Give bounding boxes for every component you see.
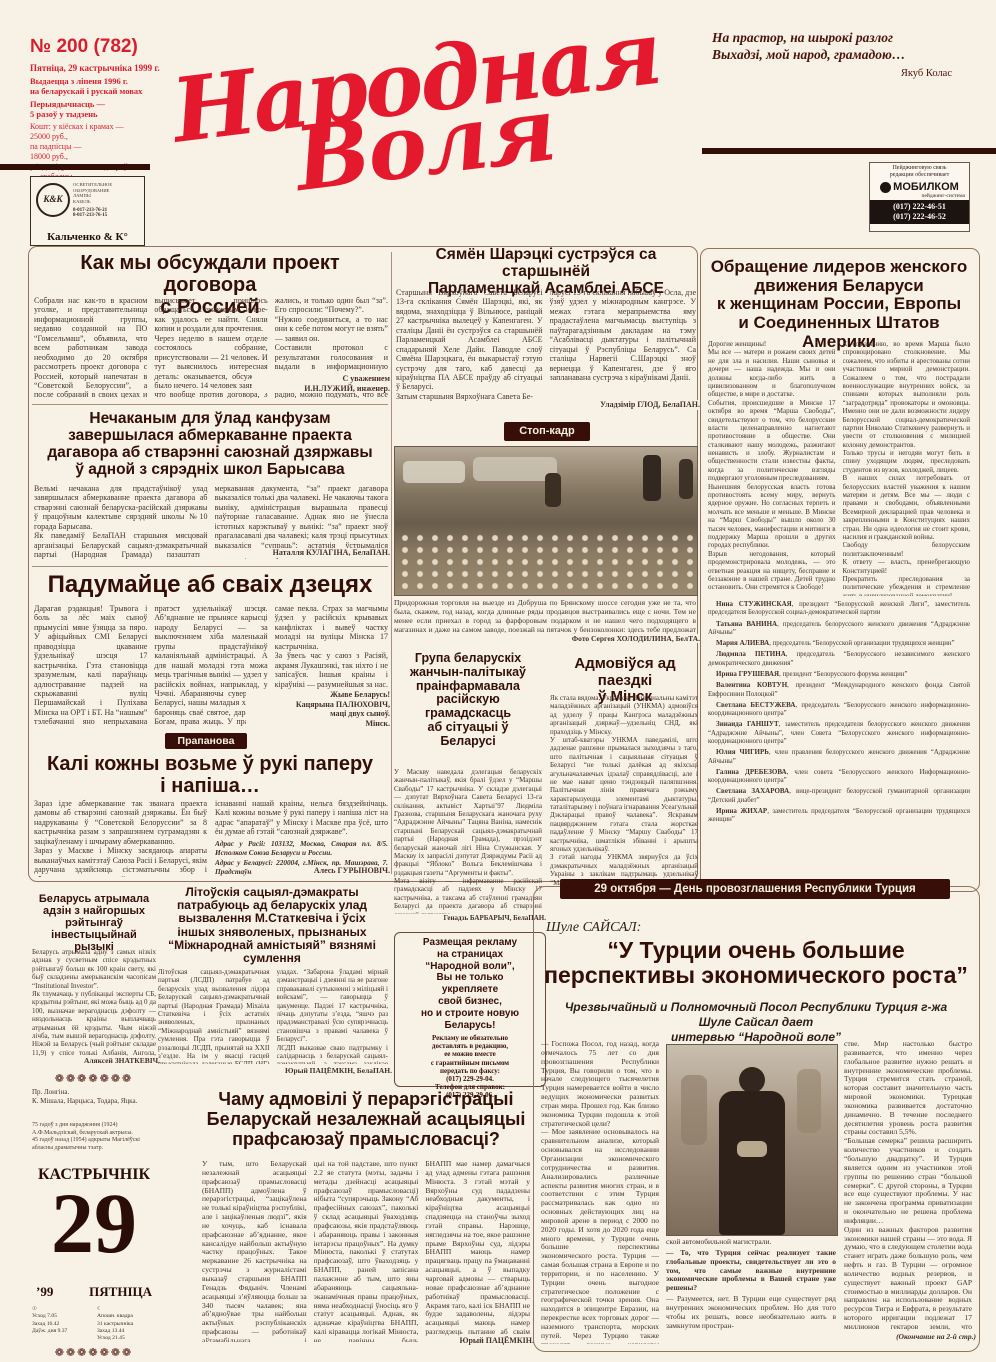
signature-item: Светлана БЕСТУЖЕВА, председатель “Белору… [708, 701, 970, 719]
article-prapanova-title: Калі кожны возьме ў рукі паперу і напіша… [34, 753, 386, 797]
inhouse-ad: Размещая рекламу на страницах “Народной … [394, 932, 546, 1087]
signature-item: Юлия ЧИГИРЬ, член правления белорусского… [708, 748, 970, 766]
signature-role: , президент “Белорусского форума женщин” [779, 671, 907, 678]
kalchenko-name: Кальченко & К° [31, 231, 144, 243]
signature-item: Нина СТУЖИНСКАЯ, президент “Белорусской … [708, 600, 970, 618]
article-lsdp-col1: Літоўская сацыял-дэмакратычная партыя (Л… [158, 968, 270, 1064]
mobilcom-sub: пейджинг-система [870, 193, 965, 199]
article-dzetsi-col1: Дарагая рэдакцыя! Трывога і боль за лёс … [34, 604, 147, 728]
calendar-day: 29 [32, 1180, 156, 1266]
mobilcom-lead: Пейджинговую связь редакции обеспечивает [870, 165, 969, 179]
turkey-question-2: — То, что Турция сейчас реализует такие … [666, 1249, 836, 1293]
article-bnapp-body: У тым, што Беларускай незалежнай асацыяц… [202, 1160, 530, 1342]
women-signatures: Нина СТУЖИНСКАЯ, президент “Белорусской … [708, 600, 970, 884]
article-groupwomen-body: У Маскву наведала дэлегацыя беларускіх ж… [394, 768, 542, 914]
pager-icon [880, 182, 891, 193]
signature-item: Ирина ЖИХАР, заместитель председателя “Б… [708, 807, 970, 825]
signature-item: Галина ДРЕБЕЗОВА, член совета “Белорусск… [708, 768, 970, 786]
turkey-col2-text: ской автомобильной магистрали. — То, что… [666, 1238, 836, 1346]
turkey-kicker: 29 октября — День провозглашения Республ… [560, 879, 950, 899]
article-rule-2 [32, 566, 388, 567]
article-sharetsky-col2: ларусі 13-га склікання пабываў у Осла, д… [550, 288, 697, 406]
article-sharetsky-col1: Старшыня Вярхоўнага Савета Беларусі 13-г… [396, 288, 543, 406]
masthead: Народная Воля [154, 3, 755, 282]
mobilcom-phones: (017) 222-46-51 (017) 222-46-52 [870, 200, 969, 224]
signature-name: Светлана БЕСТУЖЕВА [716, 701, 795, 709]
article-lsdp-body: Літоўская сацыял-дэмакратычная партыя (Л… [158, 968, 388, 1064]
article-rating-title: Беларусь атрымала адзін з найгоршых рэйт… [32, 893, 156, 953]
article-women-title: Обращение лидеров женского движения Бела… [706, 258, 972, 351]
motto-text: На прастор, на шырокі разлог Выхадзі, мо… [712, 30, 982, 64]
article-lsdp-byline: Юрый ПАЦЁМКІН, БелаПАН. [250, 1066, 392, 1075]
kalchenko-logo-icon: К&К [36, 183, 70, 217]
signature-name: Татьяна ВАНИНА [716, 620, 777, 628]
article-women-col2: К сожалению, во время Марша было спровоц… [843, 340, 971, 596]
calendar-weekday: ПЯТНІЦА [89, 1284, 152, 1300]
calendar-sun-moon: ☉ Усход 7.05 Захад 16.42 Даўж. дня 9.37 … [32, 1306, 156, 1342]
article-borisov-col1: Вельмі нечакана для прадстаўнікоў улад з… [34, 484, 208, 560]
article-rating-body: Беларусь атрымала адну з самых нізкіх ад… [32, 948, 156, 1056]
signature-role: , председатель “Белорусской организации … [769, 640, 954, 647]
article-rating-byline: Аляксей ЗНАТКЕВІЧ. [42, 1056, 160, 1065]
article-minsk-body: Як стала вядома, Украінскі Нацыянальны к… [550, 694, 698, 888]
article-groupwomen-title: Група беларускіх жанчын-палітыкаў праінф… [394, 652, 542, 748]
calendar-notes: 75 гадоў з дня нараджэння (1924) А.Ф.Мал… [32, 1122, 156, 1152]
turkey-answer-2: — Разумеется, нет. В Турции еще существу… [666, 1295, 836, 1330]
signature-item: Татьяна ВАНИНА, председатель белорусског… [708, 620, 970, 638]
article-dogovor-col2: выписывает, пришлось обращаться к знаком… [154, 296, 267, 398]
signature-name: Галина ДРЕБЕЗОВА [716, 768, 787, 776]
turkey-continuation: (Окончание на 2-й стр.) [846, 1332, 976, 1341]
article-women-col1: Дорогие женщины! Мы все — матери и рожае… [708, 340, 836, 596]
turkey-subtitle: Чрезвычайный и Полномочный Посол Республ… [548, 1000, 964, 1045]
inhouse-ad-body: Рекламу не обязательно доставлять в реда… [395, 1034, 545, 1098]
article-rule-1 [32, 404, 388, 405]
moon-icon: ☾ [97, 1306, 102, 1312]
article-dzetsi-title: Падумайце аб сваіх дзецях [34, 572, 386, 598]
photo-figure-shape [681, 1075, 707, 1145]
calendar-saints: Пр. Лонгіна. К. Мішала, Нарцыса, Тодара,… [32, 1088, 156, 1106]
turkey-col1: — Госпожа Посол, год назад, когда отмеча… [541, 1040, 659, 1344]
article-prapanova-byline: Алесь ГУРЫНОВІЧ. [252, 866, 390, 876]
signature-name: Мария АЛИЕВА [716, 639, 769, 647]
article-dzetsi-byline: Жыве Беларусь! Кацярына ПАЛЮХОВІЧ, маці … [246, 690, 390, 728]
signature-name: Валентина КОВТУН [716, 681, 787, 689]
signature-name: Нина СТУЖИНСКАЯ [716, 600, 792, 608]
signature-item: Зинаида ГАНШУТ, заместитель председателя… [708, 720, 970, 746]
article-bnapp-title: Чаму адмовілі ў перарэгістрацыі Беларуск… [202, 1090, 530, 1149]
signature-item: Мария АЛИЕВА, председатель “Белорусской … [708, 639, 970, 648]
calendar-sun-data: Усход 7.05 Захад 16.42 Даўж. дня 9.37 [32, 1313, 91, 1335]
photo-porcelain-rows [399, 533, 693, 589]
signature-name: Людмила ПЕТИНА [716, 650, 786, 658]
turkey-speaker: Шуле САЙСАЛ: [546, 920, 706, 936]
article-sharetsky-body: Старшыня Вярхоўнага Савета Беларусі 13-г… [396, 288, 696, 406]
photo-figure-shape [797, 1069, 821, 1133]
issue-number: № 200 (782) [30, 36, 210, 58]
article-dogovor-byline: С уважением И.Н.ЛУЖИЙ, инженер. [252, 374, 390, 393]
article-prapanova-col1: Зараз ідзе абмеркаванне так званага прае… [34, 799, 207, 877]
turkey-caption-cont: ской автомобильной магистрали. [666, 1238, 836, 1247]
article-lsdp-title: Літоўскія сацыял-дэмакраты патрабуюць ад… [158, 886, 386, 965]
kalchenko-phones: 8-017-213-76-21 8-017-213-76-15 [73, 208, 139, 218]
mobilcom-ad: Пейджинговую связь редакции обеспечивает… [869, 162, 970, 232]
article-women-body: Дорогие женщины! Мы все — матери и рожае… [708, 340, 970, 596]
article-groupwomen-byline: Генадзь БАРБАРЫЧ, БелаПАН. [394, 914, 546, 922]
photo-figure-shape [643, 455, 661, 501]
signature-name: Юлия ЧИГИРЬ [716, 748, 769, 756]
article-borisov-byline: Наталля КУЛАГІНА, БелаПАН. [200, 548, 390, 558]
stop-kadr-credit: Фото Сергея ХОЛОДИЛИНА, БелТА. [540, 634, 700, 643]
signature-item: Светлана ЗАХАРОВА, вице-президент белору… [708, 787, 970, 805]
photo-head-shape [739, 1067, 765, 1093]
mobilcom-brand: МОБИЛКОМ [893, 181, 959, 193]
signature-name: Ирина ЖИХАР [716, 807, 767, 815]
calendar-year-weekday: ’99 ПЯТНІЦА [36, 1284, 152, 1300]
column-rule [391, 252, 392, 874]
kalchenko-ad: К&К ОСВЕТИТЕЛЬНОЕ ОБОРУДОВАНИЕ ЛАМПЫ КАБ… [30, 176, 145, 246]
turkey-title: “У Турции очень большие перспективы экон… [540, 938, 972, 989]
inhouse-ad-head: Размещая рекламу на страницах “Народной … [395, 937, 545, 1031]
stop-kadr-photo [394, 446, 698, 596]
photo-figure-shape [545, 473, 561, 507]
flower-ornament-icon: ❁❁❁❁❁❁❁ [32, 1072, 156, 1085]
ambassador-photo [666, 1044, 838, 1236]
article-sharetsky-byline: Уладзімір ГЛОД, БелаПАН. [540, 400, 700, 410]
signature-item: Людмила ПЕТИНА, председатель “Белорусско… [708, 650, 970, 668]
article-bnapp-byline: Юрый ПАЦЁМКІН. [420, 1336, 534, 1346]
prapanova-address-ru: Адрас у Расіі: 103132, Москва, Старая пл… [215, 839, 388, 857]
newspaper-front-page: № 200 (782) Пятніца, 29 кастрычніка 1999… [0, 0, 996, 1362]
masthead-rule-left [0, 164, 150, 170]
kalchenko-products: ОСВЕТИТЕЛЬНОЕ ОБОРУДОВАНИЕ ЛАМПЫ КАБЕЛЬ [73, 182, 139, 205]
signature-name: Светлана ЗАХАРОВА [716, 787, 789, 795]
photo-car-shape [403, 461, 465, 483]
sun-icon: ☉ [32, 1306, 37, 1312]
photo-hands-shape [737, 1141, 767, 1157]
photo-figure-shape [679, 459, 693, 499]
motto-author: Якуб Колас [712, 68, 952, 79]
signature-item: Валентина КОВТУН, президент “Международн… [708, 681, 970, 699]
article-bnapp-col2: цыі на той падставе, што пункт 2.2 яе ст… [314, 1160, 419, 1342]
motto-block: На прастор, на шырокі разлог Выхадзі, мо… [712, 30, 982, 79]
prapanova-label: Прапанова [165, 733, 247, 749]
turkey-col3: стве. Мир настолько быстро развивается, … [844, 1040, 972, 1332]
flower-ornament-icon: ❁❁❁❁❁❁❁ [32, 1346, 156, 1359]
article-prapanova-col2: існаванні нашай краіны, нельга бяздзейні… [215, 799, 388, 837]
article-lsdp-col2: уладах. “Забарона ўладамі мірнай дэманст… [277, 968, 389, 1064]
signature-name: Зинаида ГАНШУТ [716, 720, 779, 728]
article-dogovor-col1: Собрали нас как-то в красном уголке, и п… [34, 296, 147, 398]
photo-body-shape [719, 1091, 785, 1235]
article-bnapp-col1: У тым, што Беларускай незалежнай асацыяц… [202, 1160, 307, 1342]
article-borisov-title: Нечаканым для ўлад канфузам завершылася … [34, 410, 386, 478]
calendar-moon-data: Апошн. квадра 31 кастрычніка Захад 13.44… [97, 1313, 156, 1342]
stop-kadr-caption: Придорожная торговля на выезде из Добруш… [394, 598, 696, 634]
signature-name: Ирина ГРУШЕВАЯ [716, 670, 779, 678]
article-bnapp-col3: БНАПП мае намер дамагчыся ад улад адмены… [425, 1160, 530, 1342]
calendar-year: ’99 [36, 1284, 53, 1300]
stop-kadr-label: Стоп-кадр [504, 422, 590, 441]
signature-item: Ирина ГРУШЕВАЯ, президент “Белорусского … [708, 670, 970, 679]
